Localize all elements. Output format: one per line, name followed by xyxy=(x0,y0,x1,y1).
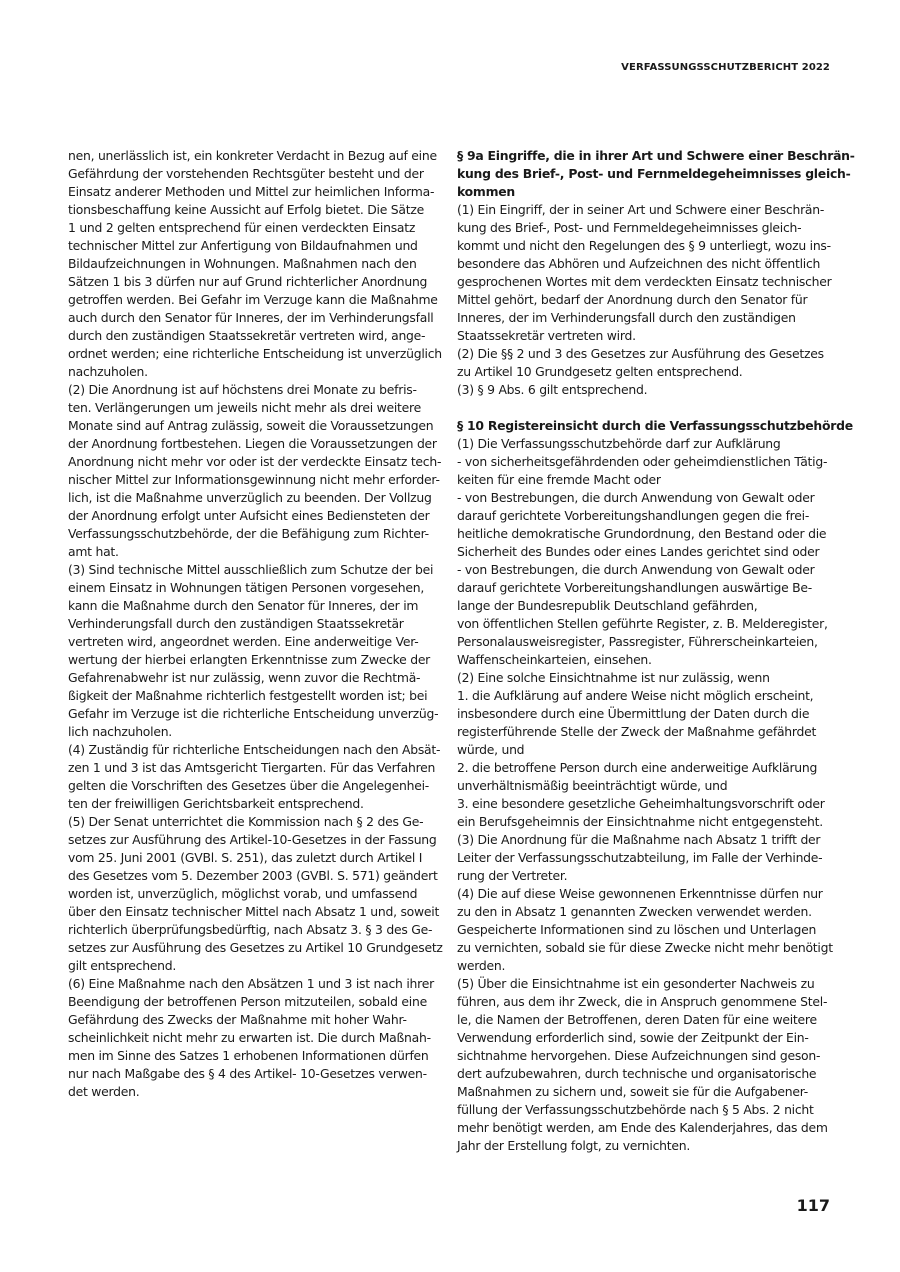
text-line: Gefährdung des Zwecks der Maßnahme mit h… xyxy=(68,1011,436,1029)
text-line: Monate sind auf Antrag zulässig, soweit … xyxy=(68,417,436,435)
text-line: det werden. xyxy=(68,1083,436,1101)
text-line: keiten für eine fremde Macht oder xyxy=(457,471,833,489)
text-line: nur nach Maßgabe des § 4 des Artikel- 10… xyxy=(68,1065,436,1083)
text-line: Sätzen 1 bis 3 dürfen nur auf Grund rich… xyxy=(68,273,436,291)
text-line: der Anordnung fortbestehen. Liegen die V… xyxy=(68,435,436,453)
text-line: Gefahrenabwehr ist nur zulässig, wenn zu… xyxy=(68,669,436,687)
section-heading-line: § 9a Eingriffe, die in ihrer Art und Sch… xyxy=(457,147,833,165)
text-line: Gefahr im Verzuge ist die richterliche E… xyxy=(68,705,436,723)
text-line: Gespeicherte Informationen sind zu lösch… xyxy=(457,921,833,939)
text-line: vertreten wird, angeordnet werden. Eine … xyxy=(68,633,436,651)
text-line: men im Sinne des Satzes 1 erhobenen Info… xyxy=(68,1047,436,1065)
text-line: lich nachzuholen. xyxy=(68,723,436,741)
text-line: Sicherheit des Bundes oder eines Landes … xyxy=(457,543,833,561)
text-line: lich, ist die Maßnahme unverzüglich zu b… xyxy=(68,489,436,507)
text-line: sichtnahme hervorgehen. Diese Aufzeichnu… xyxy=(457,1047,833,1065)
text-line: (1) Die Verfassungsschutzbehörde darf zu… xyxy=(457,435,833,453)
text-line: setzes zur Ausführung des Gesetzes zu Ar… xyxy=(68,939,436,957)
text-line: kann die Maßnahme durch den Senator für … xyxy=(68,597,436,615)
text-line: ordnet werden; eine richterliche Entsche… xyxy=(68,345,436,363)
text-line: Staatssekretär vertreten wird. xyxy=(457,327,833,345)
text-line: registerführende Stelle der Zweck der Ma… xyxy=(457,723,833,741)
text-line: 2. die betroffene Person durch eine ande… xyxy=(457,759,833,777)
text-line: (4) Die auf diese Weise gewonnenen Erken… xyxy=(457,885,833,903)
text-line: Mittel gehört, bedarf der Anordnung durc… xyxy=(457,291,833,309)
section-10-heading: § 10 Registereinsicht durch die Verfassu… xyxy=(457,417,833,435)
text-line: worden ist, unverzüglich, möglichst vora… xyxy=(68,885,436,903)
blank-line xyxy=(457,399,833,417)
text-line: gelten die Vorschriften des Gesetzes übe… xyxy=(68,777,436,795)
text-line: Einsatz anderer Methoden und Mittel zur … xyxy=(68,183,436,201)
text-line: zu vernichten, sobald sie für diese Zwec… xyxy=(457,939,833,957)
text-line: Verfassungsschutzbehörde, der die Befähi… xyxy=(68,525,436,543)
text-line: besondere das Abhören und Aufzeichnen de… xyxy=(457,255,833,273)
text-line: ten. Verlängerungen um jeweils nicht meh… xyxy=(68,399,436,417)
text-line: über den Einsatz technischer Mittel nach… xyxy=(68,903,436,921)
text-line: dert aufzubewahren, durch technische und… xyxy=(457,1065,833,1083)
section-heading-line: kung des Brief-, Post- und Fernmeldegehe… xyxy=(457,165,833,183)
running-header: VERFASSUNGSSCHUTZBERICHT 2022 xyxy=(621,62,830,73)
text-line: (3) Sind technische Mittel ausschließlic… xyxy=(68,561,436,579)
section-9a: § 9a Eingriffe, die in ihrer Art und Sch… xyxy=(457,147,833,201)
text-line: (1) Ein Eingriff, der in seiner Art und … xyxy=(457,201,833,219)
text-line: Waffenscheinkarteien, einsehen. xyxy=(457,651,833,669)
text-line: heitliche demokratische Grundordnung, de… xyxy=(457,525,833,543)
section-9a-body: (1) Ein Eingriff, der in seiner Art und … xyxy=(457,201,833,399)
text-line: - von Bestrebungen, die durch Anwendung … xyxy=(457,489,833,507)
text-line: Anordnung nicht mehr vor oder ist der ve… xyxy=(68,453,436,471)
section-heading-line: kommen xyxy=(457,183,833,201)
text-line: (4) Zuständig für richterliche Entscheid… xyxy=(68,741,436,759)
text-line: Beendigung der betroffenen Person mitzut… xyxy=(68,993,436,1011)
text-line: unverhältnismäßig beeinträchtigt würde, … xyxy=(457,777,833,795)
text-line: kommt und nicht den Regelungen des § 9 u… xyxy=(457,237,833,255)
text-line: Verhinderungsfall durch den zuständigen … xyxy=(68,615,436,633)
text-line: (2) Die §§ 2 und 3 des Gesetzes zur Ausf… xyxy=(457,345,833,363)
text-line: richterlich überprüfungsbedürftig, nach … xyxy=(68,921,436,939)
text-line: zen 1 und 3 ist das Amtsgericht Tiergart… xyxy=(68,759,436,777)
text-line: nischer Mittel zur Informationsgewinnung… xyxy=(68,471,436,489)
text-line: des Gesetzes vom 5. Dezember 2003 (GVBl.… xyxy=(68,867,436,885)
text-line: auch durch den Senator für Inneres, der … xyxy=(68,309,436,327)
text-line: einem Einsatz in Wohnungen tätigen Perso… xyxy=(68,579,436,597)
text-line: 1. die Aufklärung auf andere Weise nicht… xyxy=(457,687,833,705)
text-line: vom 25. Juni 2001 (GVBl. S. 251), das zu… xyxy=(68,849,436,867)
text-line: (3) Die Anordnung für die Maßnahme nach … xyxy=(457,831,833,849)
text-line: setzes zur Ausführung des Artikel-10-Ges… xyxy=(68,831,436,849)
text-line: würde, und xyxy=(457,741,833,759)
text-line: kung des Brief-, Post- und Fernmeldegehe… xyxy=(457,219,833,237)
text-line: (5) Über die Einsichtnahme ist ein geson… xyxy=(457,975,833,993)
text-line: gesprochenen Wortes mit dem verdeckten E… xyxy=(457,273,833,291)
text-line: lange der Bundesrepublik Deutschland gef… xyxy=(457,597,833,615)
text-line: - von Bestrebungen, die durch Anwendung … xyxy=(457,561,833,579)
text-line: zu den in Absatz 1 genannten Zwecken ver… xyxy=(457,903,833,921)
text-line: füllung der Verfassungsschutzbehörde nac… xyxy=(457,1101,833,1119)
text-line: von öffentlichen Stellen geführte Regist… xyxy=(457,615,833,633)
text-line: Gefährdung der vorstehenden Rechtsgüter … xyxy=(68,165,436,183)
text-line: - von sicherheitsgefährdenden oder gehei… xyxy=(457,453,833,471)
text-line: 3. eine besondere gesetzliche Geheimhalt… xyxy=(457,795,833,813)
text-line: durch den zuständigen Staatssekretär ver… xyxy=(68,327,436,345)
text-line: Personalausweisregister, Passregister, F… xyxy=(457,633,833,651)
page-number: 117 xyxy=(797,1196,830,1215)
text-line: wertung der hierbei erlangten Erkenntnis… xyxy=(68,651,436,669)
text-line: ßigkeit der Maßnahme richterlich festges… xyxy=(68,687,436,705)
text-line: getroffen werden. Bei Gefahr im Verzuge … xyxy=(68,291,436,309)
text-line: führen, aus dem ihr Zweck, die in Anspru… xyxy=(457,993,833,1011)
text-line: ein Berufsgeheimnis der Einsichtnahme ni… xyxy=(457,813,833,831)
text-line: nachzuholen. xyxy=(68,363,436,381)
text-line: (6) Eine Maßnahme nach den Absätzen 1 un… xyxy=(68,975,436,993)
text-line: Maßnahmen zu sichern und, soweit sie für… xyxy=(457,1083,833,1101)
right-column: § 9a Eingriffe, die in ihrer Art und Sch… xyxy=(457,147,833,1155)
text-line: insbesondere durch eine Übermittlung der… xyxy=(457,705,833,723)
text-line: Bildaufzeichnungen in Wohnungen. Maßnahm… xyxy=(68,255,436,273)
text-line: (5) Der Senat unterrichtet die Kommissio… xyxy=(68,813,436,831)
text-line: Inneres, der im Verhinderungsfall durch … xyxy=(457,309,833,327)
text-line: gilt entsprechend. xyxy=(68,957,436,975)
text-line: le, die Namen der Betroffenen, deren Dat… xyxy=(457,1011,833,1029)
text-line: zu Artikel 10 Grundgesetz gelten entspre… xyxy=(457,363,833,381)
text-line: scheinlichkeit nicht mehr zu erwarten is… xyxy=(68,1029,436,1047)
text-line: mehr benötigt werden, am Ende des Kalend… xyxy=(457,1119,833,1137)
text-line: darauf gerichtete Vorbereitungshandlunge… xyxy=(457,579,833,597)
text-line: Jahr der Erstellung folgt, zu vernichten… xyxy=(457,1137,833,1155)
text-line: rung der Vertreter. xyxy=(457,867,833,885)
text-line: (2) Die Anordnung ist auf höchstens drei… xyxy=(68,381,436,399)
text-line: darauf gerichtete Vorbereitungshandlunge… xyxy=(457,507,833,525)
left-column: nen, unerlässlich ist, ein konkreter Ver… xyxy=(68,147,436,1101)
text-line: technischer Mittel zur Anfertigung von B… xyxy=(68,237,436,255)
text-line: amt hat. xyxy=(68,543,436,561)
section-10-body: (1) Die Verfassungsschutzbehörde darf zu… xyxy=(457,435,833,1155)
text-line: nen, unerlässlich ist, ein konkreter Ver… xyxy=(68,147,436,165)
text-line: tionsbeschaffung keine Aussicht auf Erfo… xyxy=(68,201,436,219)
section-10: § 10 Registereinsicht durch die Verfassu… xyxy=(457,417,833,435)
text-line: (2) Eine solche Einsichtnahme ist nur zu… xyxy=(457,669,833,687)
text-line: Leiter der Verfassungsschutzabteilung, i… xyxy=(457,849,833,867)
text-line: ten der freiwilligen Gerichtsbarkeit ent… xyxy=(68,795,436,813)
text-line: (3) § 9 Abs. 6 gilt entsprechend. xyxy=(457,381,833,399)
text-line: werden. xyxy=(457,957,833,975)
text-line: Verwendung erforderlich sind, sowie der … xyxy=(457,1029,833,1047)
text-line: der Anordnung erfolgt unter Aufsicht ein… xyxy=(68,507,436,525)
text-line: 1 und 2 gelten entsprechend für einen ve… xyxy=(68,219,436,237)
